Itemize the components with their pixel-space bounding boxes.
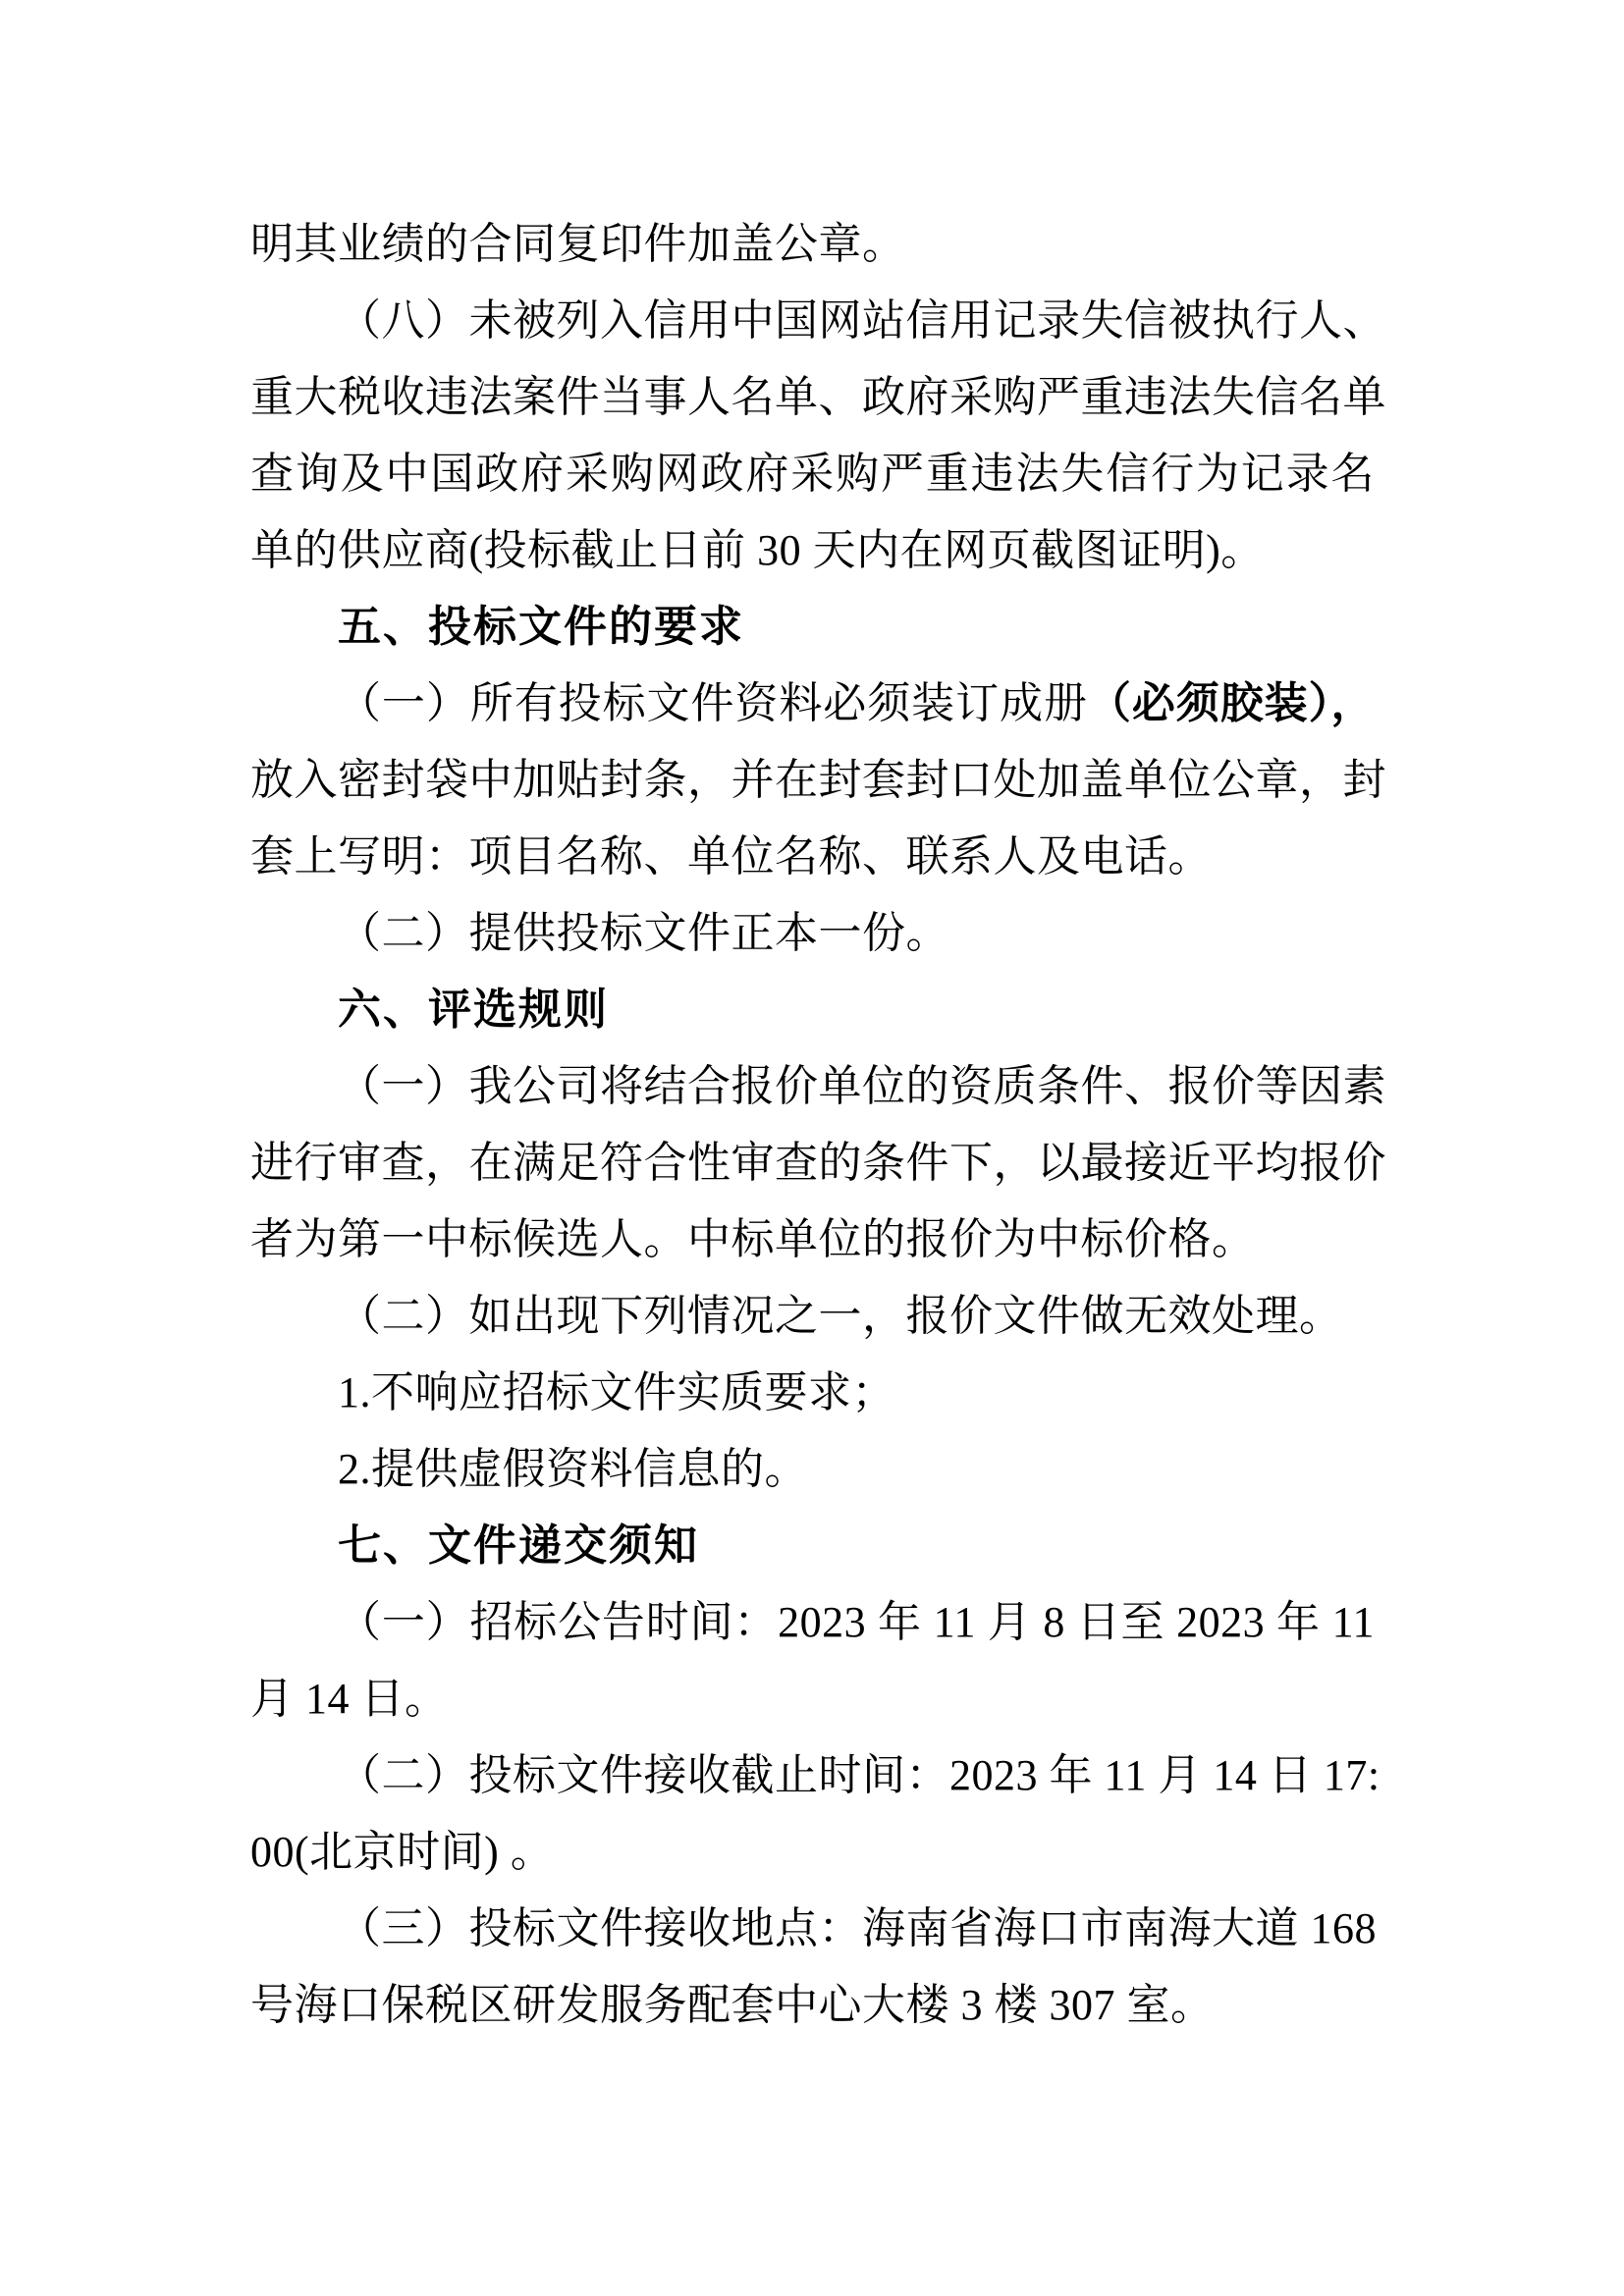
- text-line-item-8-cont-2: 查询及中国政府采购网政府采购严重违法失信行为记录名: [250, 436, 1375, 512]
- text-line-sec6-item-2: （二）如出现下列情况之一，报价文件做无效处理。: [250, 1278, 1375, 1355]
- text-run-regular: （一）所有投标文件资料必须装订成册: [338, 679, 1088, 727]
- text-line-seal-continuation: 明其业绩的合同复印件加盖公章。: [250, 206, 1375, 283]
- text-line-sec7-item-2-end: 00(北京时间) 。: [250, 1814, 1375, 1891]
- text-line-invalid-case-1: 1.不响应招标文件实质要求；: [250, 1355, 1375, 1431]
- heading-section-5-bid-document-requirements: 五、投标文件的要求: [250, 589, 1375, 666]
- text-line-sec7-item-1-end: 月 14 日。: [250, 1661, 1375, 1737]
- text-line-sec5-item-2: （二）提供投标文件正本一份。: [250, 895, 1375, 972]
- heading-section-6-selection-rules: 六、评选规则: [250, 972, 1375, 1048]
- text-line-item-8-start: （八）未被列入信用中国网站信用记录失信被执行人、: [250, 283, 1375, 359]
- text-line-sec6-item-1-start: （一）我公司将结合报价单位的资质条件、报价等因素: [250, 1048, 1375, 1125]
- text-line-invalid-case-2: 2.提供虚假资料信息的。: [250, 1431, 1375, 1508]
- text-line-sec7-item-3-end: 号海口保税区研发服务配套中心大楼 3 楼 307 室。: [250, 1967, 1375, 2044]
- text-line-sec5-item-1-end: 套上写明：项目名称、单位名称、联系人及电话。: [250, 819, 1375, 895]
- document-page: 明其业绩的合同复印件加盖公章。 （八）未被列入信用中国网站信用记录失信被执行人、…: [0, 0, 1624, 2296]
- text-line-item-8-end: 单的供应商(投标截止日前 30 天内在网页截图证明)。: [250, 512, 1375, 589]
- text-line-sec6-item-1-end: 者为第一中标候选人。中标单位的报价为中标价格。: [250, 1201, 1375, 1278]
- text-run-bold-binding-required: （必须胶装），: [1088, 679, 1375, 727]
- text-line-item-8-cont-1: 重大税收违法案件当事人名单、政府采购严重违法失信名单: [250, 359, 1375, 436]
- text-line-sec7-item-1-start: （一）招标公告时间：2023 年 11 月 8 日至 2023 年 11: [250, 1584, 1375, 1661]
- text-line-sec5-item-1-start: （一）所有投标文件资料必须装订成册（必须胶装），: [250, 666, 1375, 742]
- heading-section-7-submission-notes: 七、文件递交须知: [250, 1508, 1375, 1584]
- document-text-block: 明其业绩的合同复印件加盖公章。 （八）未被列入信用中国网站信用记录失信被执行人、…: [250, 206, 1375, 2044]
- text-line-sec6-item-1-cont: 进行审查，在满足符合性审查的条件下，以最接近平均报价: [250, 1125, 1375, 1201]
- text-line-sec7-item-2-start: （二）投标文件接收截止时间：2023 年 11 月 14 日 17:: [250, 1737, 1375, 1814]
- text-line-sec7-item-3-start: （三）投标文件接收地点：海南省海口市南海大道 168: [250, 1891, 1375, 1967]
- text-line-sec5-item-1-cont: 放入密封袋中加贴封条，并在封套封口处加盖单位公章，封: [250, 742, 1375, 819]
